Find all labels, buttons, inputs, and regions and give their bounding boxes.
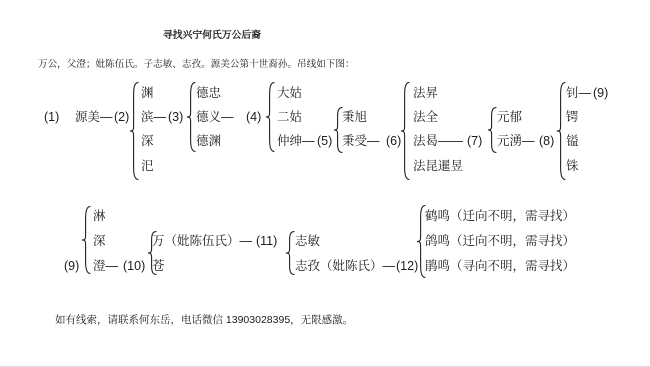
member-cheng: 澄—: [93, 259, 118, 273]
member-wan: 万（妣陈伍氏）—: [152, 234, 252, 248]
member-dezhong: 德忠: [196, 86, 221, 100]
member-e: 锷: [566, 110, 579, 124]
member-dagu: 大姑: [277, 86, 302, 100]
member-yuanmei: 源美—: [75, 110, 113, 124]
document-page: 寻找兴宁何氏万公后裔 万公，父澄；妣陈伍氏。子志敏、志孜。源美公第十世裔孙。吊线…: [0, 0, 650, 367]
brace-gen4: [265, 82, 275, 152]
member-shen: 深: [141, 134, 154, 148]
brace-gen5: [333, 107, 343, 153]
generation-marker-5: (5): [317, 134, 332, 148]
generation-marker-1: (1): [44, 110, 59, 124]
brace-gen6: [400, 82, 410, 180]
generation-marker-8: (8): [539, 134, 554, 148]
member-yuanyu: 元郁: [497, 110, 522, 124]
brace-gen12: [416, 205, 426, 278]
member-bingxu: 秉旭: [342, 110, 367, 124]
member-geming: 鸽鸣（迁向不明，需寻找）: [425, 234, 575, 248]
member-ergu: 二姑: [277, 110, 302, 124]
brace-gen8: [556, 82, 566, 180]
member-zhimin: 志敏: [295, 234, 320, 248]
member-lin: 淋: [93, 209, 106, 223]
member-bingshou: 秉受—: [342, 134, 380, 148]
brace-gen3: [186, 82, 196, 152]
brace-gen2: [129, 82, 139, 180]
brace-gen10: [147, 231, 157, 275]
member-juanming: 鹃鸣（寻向不明，需寻找）: [425, 259, 575, 273]
member-mie: 镒: [566, 134, 579, 148]
member-heming: 鹤鸣（迁向不明，需寻找）: [425, 209, 575, 223]
brace-gen11: [285, 231, 295, 275]
member-zhu: 铢: [566, 159, 579, 173]
brace-gen9: [81, 206, 91, 274]
generation-marker-11: (11): [256, 234, 277, 248]
member-fasheng: 法昇: [413, 86, 438, 100]
member-bin: 滨—: [141, 110, 166, 124]
member-zhongshen: 仲绅—: [277, 134, 315, 148]
member-fakunxianyu: 法昆暹昱: [413, 159, 463, 173]
generation-marker-12: (12): [396, 259, 418, 273]
member-yuanyong: 元湧—: [497, 134, 535, 148]
member-deyuan: 德渊: [196, 134, 221, 148]
member-zhizi: 志孜（妣陈氏）—: [295, 259, 395, 273]
member-deyi: 德义—: [196, 110, 234, 124]
generation-marker-4: (4): [246, 110, 261, 124]
generation-marker-3: (3): [168, 110, 183, 124]
footer-contact: 如有线索，请联系何东岳，电话微信 13903028395，无限感激。: [55, 312, 353, 327]
member-yuan: 渊: [141, 86, 154, 100]
generation-marker-10: (10): [123, 259, 145, 273]
member-shen-b: 深: [93, 234, 106, 248]
member-fahe: 法曷——: [413, 134, 463, 148]
generation-marker-6: (6): [386, 134, 401, 148]
generation-marker-7: (7): [467, 134, 482, 148]
member-si: 汜: [141, 159, 154, 173]
member-faquan: 法全: [413, 110, 438, 124]
generation-marker-2: (2): [114, 110, 129, 124]
brace-gen7: [487, 107, 497, 153]
generation-marker-9-top: (9): [593, 86, 608, 100]
generation-marker-9-bottom: (9): [64, 259, 79, 273]
member-zhao: 钊—: [566, 86, 591, 100]
